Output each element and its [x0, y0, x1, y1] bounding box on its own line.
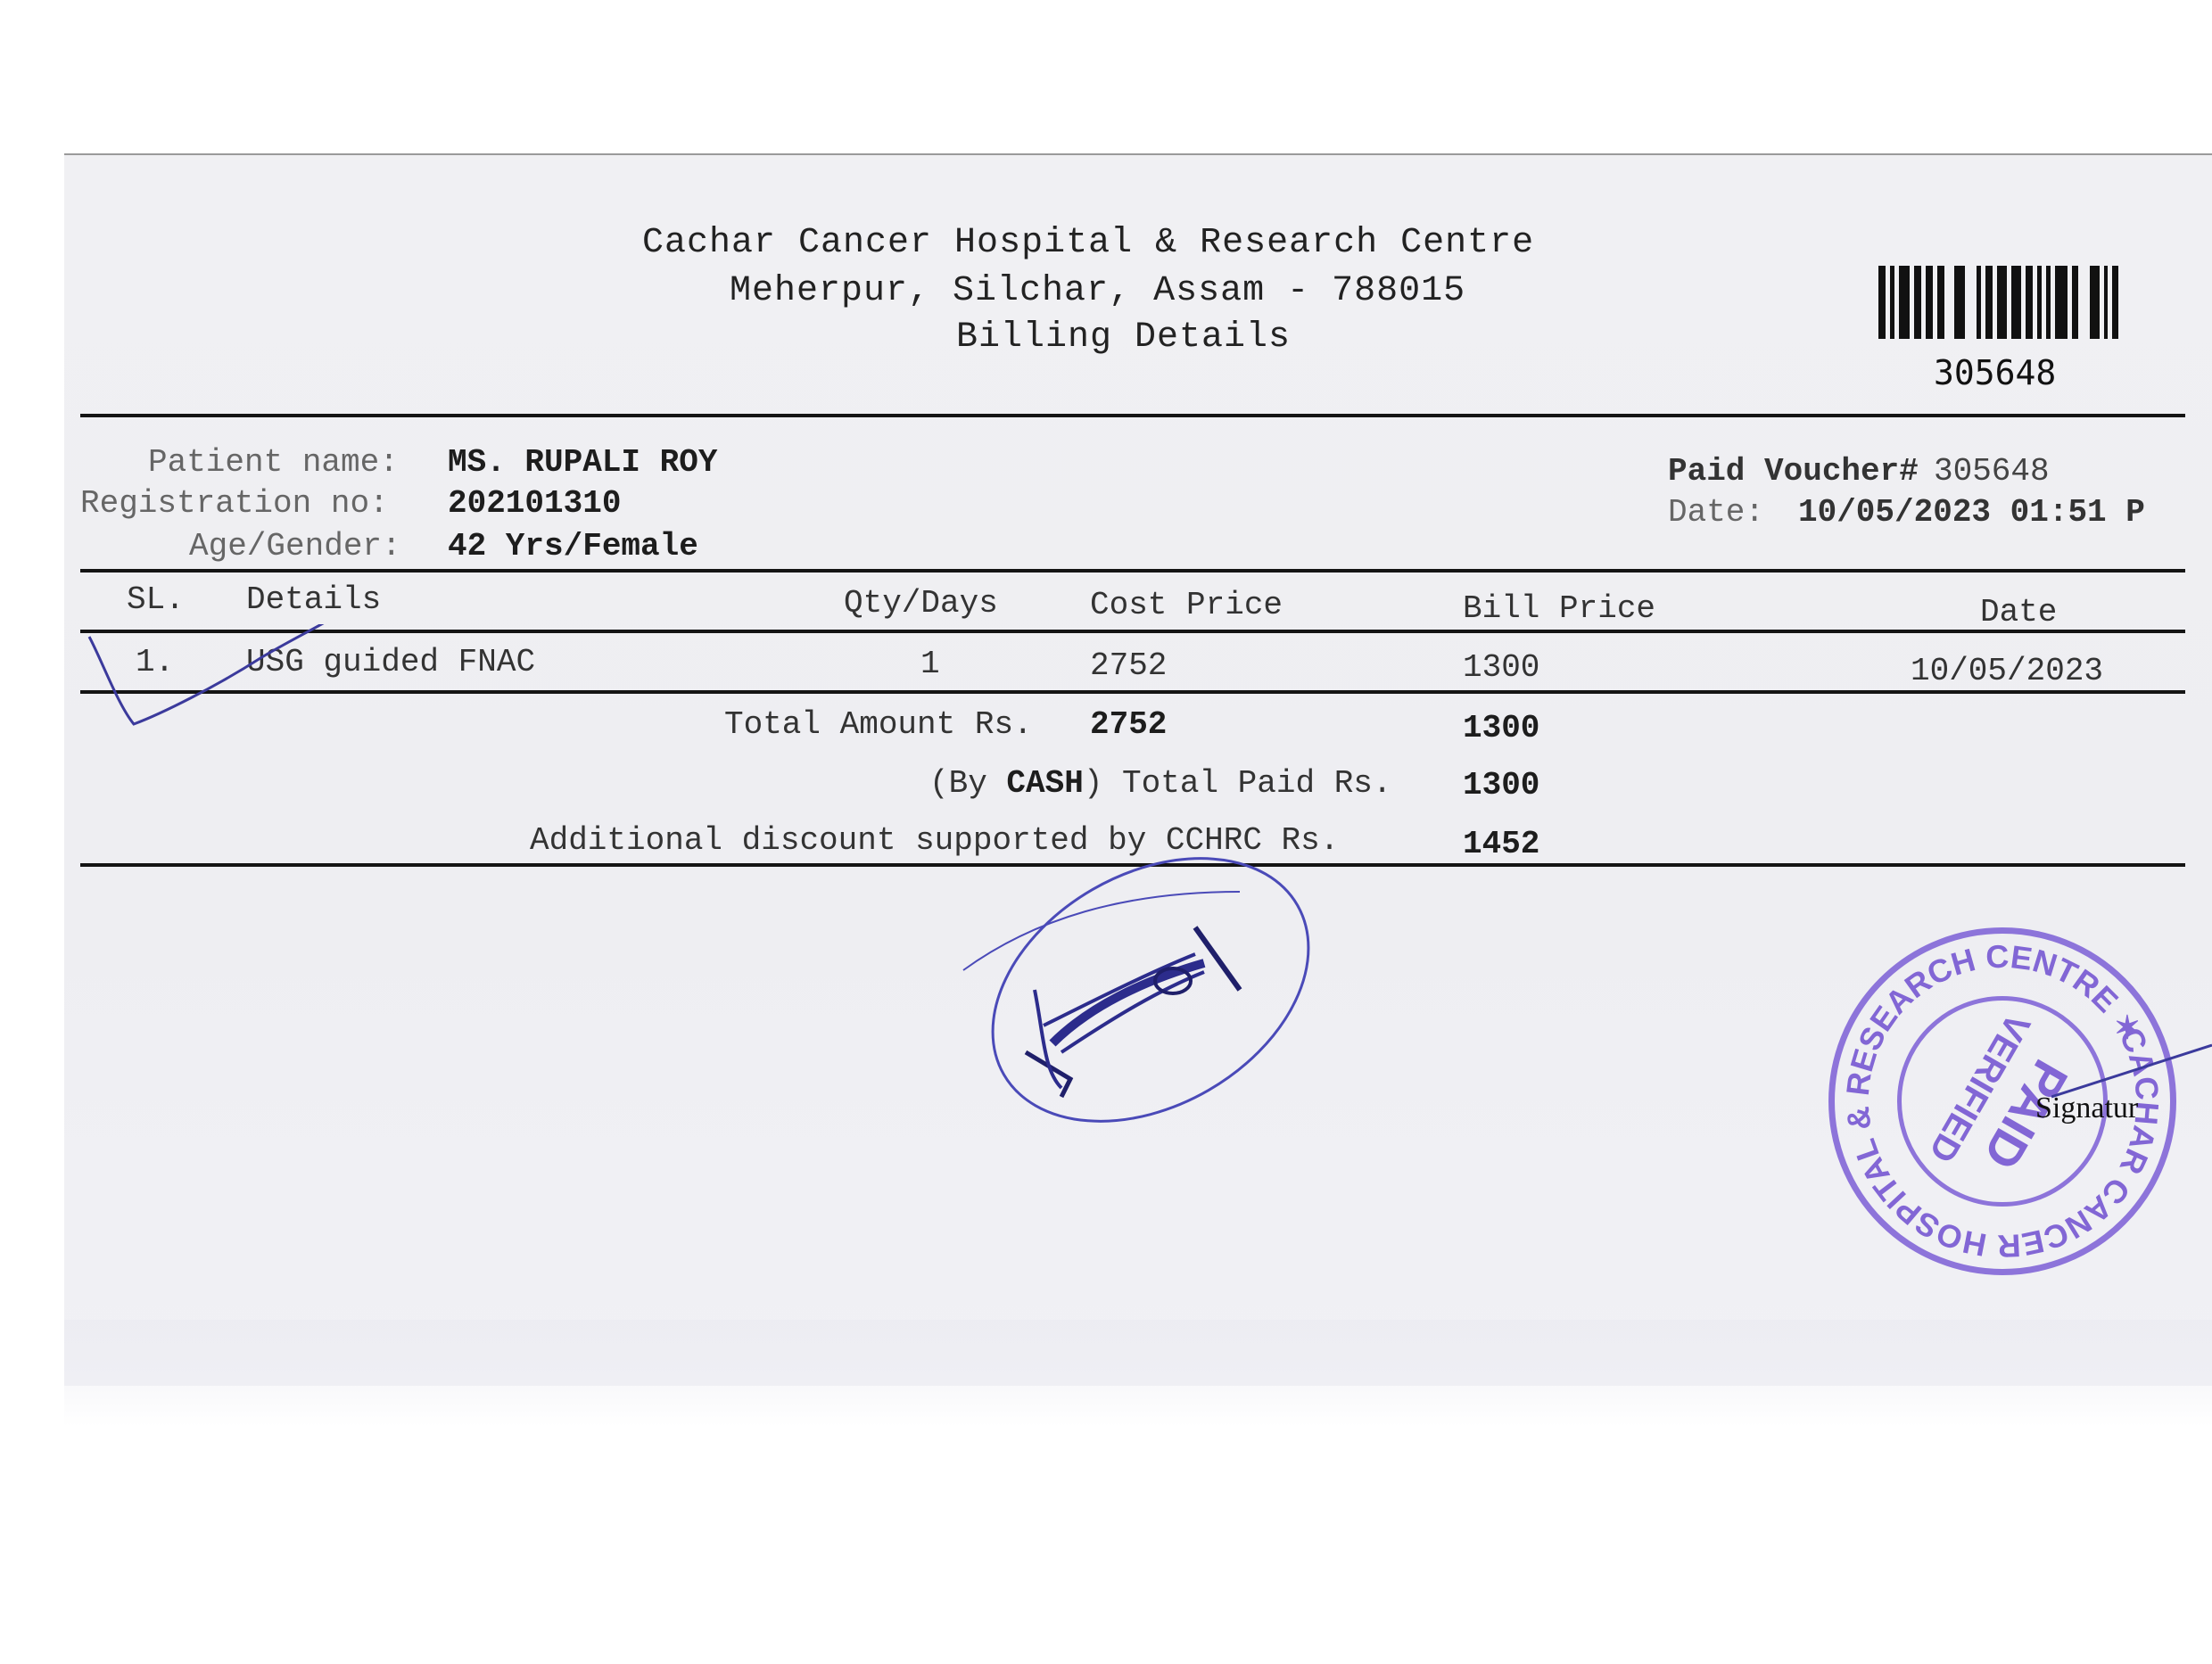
payment-line: (By CASH) Total Paid Rs. [929, 765, 1392, 802]
document-title: Billing Details [956, 317, 1291, 358]
checkmark-icon [82, 624, 367, 740]
barcode-number: 305648 [1934, 353, 2056, 392]
col-sl: SL. [127, 581, 185, 618]
age-gender-label: Age/Gender: [189, 528, 401, 564]
paid-prefix: (By [929, 765, 1006, 802]
hospital-name: Cachar Cancer Hospital & Research Centre [642, 223, 1534, 263]
hospital-address: Meherpur, Silchar, Assam - 788015 [730, 271, 1465, 311]
col-qty-days: Qty/Days [844, 585, 998, 622]
patient-name-value: MS. RUPALI ROY [448, 444, 717, 481]
divider-table-top [80, 569, 2185, 573]
voucher-date-label: Date: [1668, 494, 1764, 531]
voucher-date-value: 10/05/2023 01:51 P [1798, 494, 2145, 531]
row-bill-price: 1300 [1463, 649, 1539, 686]
row-date: 10/05/2023 [1911, 653, 2103, 689]
discount-value: 1452 [1463, 826, 1539, 862]
total-paid-value: 1300 [1463, 767, 1539, 803]
total-cost-value: 2752 [1090, 706, 1167, 743]
voucher-number: 305648 [1934, 453, 2050, 490]
patient-name-label: Patient name: [148, 444, 399, 481]
divider-header-row [80, 630, 2185, 633]
total-amount-label: Total Amount Rs. [724, 706, 1033, 743]
registration-label: Registration no: [80, 485, 389, 522]
signature-scribble-icon [945, 856, 1338, 1141]
col-bill-price: Bill Price [1463, 590, 1655, 627]
col-date: Date [1980, 594, 2057, 630]
divider-top [80, 414, 2185, 417]
scan-shadow [64, 1320, 2212, 1427]
row-qty: 1 [920, 646, 940, 682]
registration-value: 202101310 [448, 485, 621, 522]
total-bill-value: 1300 [1463, 710, 1539, 746]
paid-suffix: ) Total Paid Rs. [1084, 765, 1392, 802]
divider-row-bottom [80, 690, 2185, 694]
row-cost-price: 2752 [1090, 647, 1167, 684]
payment-mode: CASH [1006, 765, 1083, 802]
col-details: Details [246, 581, 381, 618]
col-cost-price: Cost Price [1090, 587, 1283, 623]
age-gender-value: 42 Yrs/Female [448, 528, 698, 564]
signature-label: Signatur [2035, 1091, 2138, 1125]
voucher-label: Paid Voucher# [1668, 453, 1919, 490]
discount-label: Additional discount supported by CCHRC R… [530, 822, 1339, 859]
barcode-icon [1878, 266, 2123, 339]
